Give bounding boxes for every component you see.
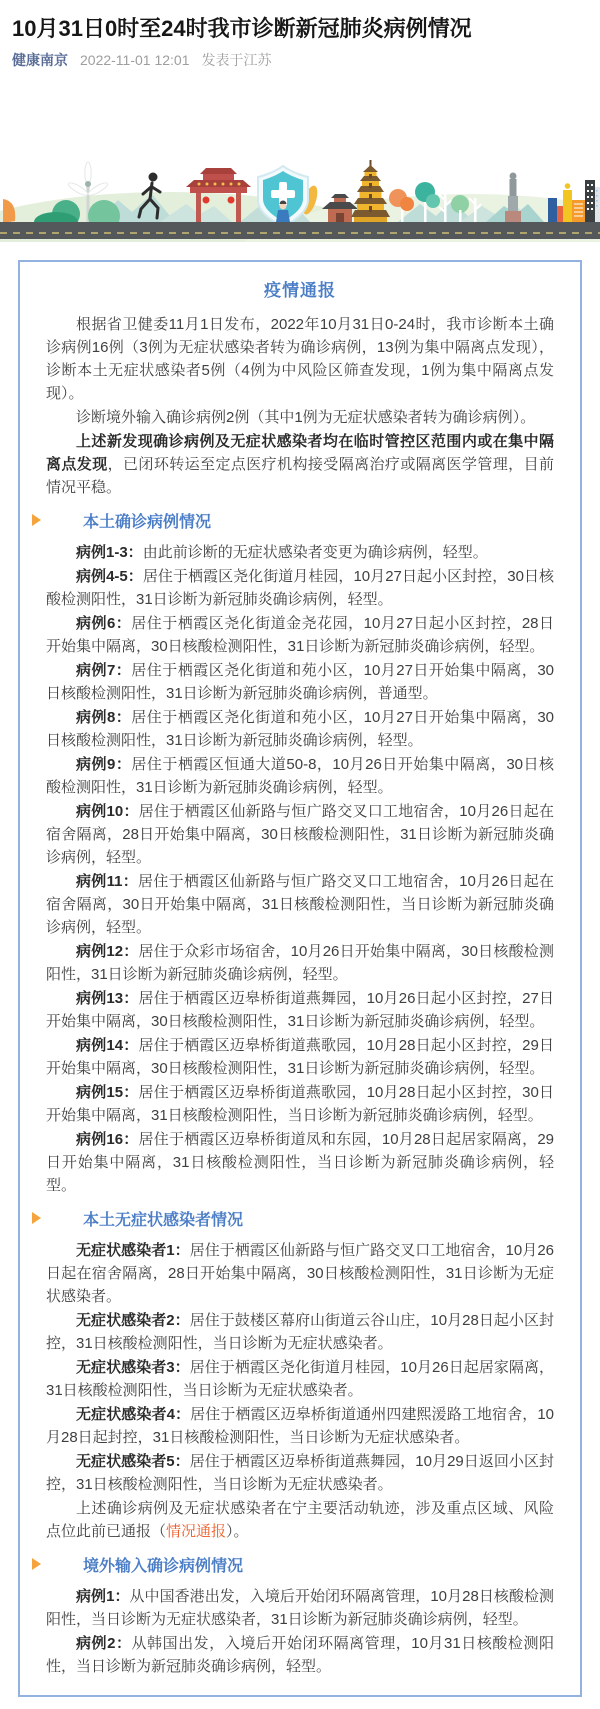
paragraph-text: 由此前诊断的无症状感染者变更为确诊病例，轻型。 [143,544,488,561]
case-label: 病例16： [76,1131,139,1148]
case-paragraph: 病例12：居住于众彩市场宿舍，10月26日开始集中隔离，30日核酸检测阳性，31… [46,940,554,986]
city-buildings [548,180,600,222]
section-header: 境外输入确诊病例情况 [32,1553,554,1576]
article-page: 10月31日0时至24时我市诊断新冠肺炎病例情况 健康南京 2022-11-01… [0,14,600,1697]
case-label: 病例10： [76,803,139,820]
pagoda [351,160,390,222]
intro-paragraph: 根据省卫健委11月1日发布，2022年10月31日0-24时，我市诊断本土确诊病… [46,313,554,405]
paragraph-text: 上述确诊病例及无症状感染者在宁主要活动轨迹，涉及重点区域、风险点位此前已通报（ [46,1500,554,1540]
section-title: 境外输入确诊病例情况 [83,1553,243,1576]
case-paragraph: 病例14：居住于栖霞区迈皋桥街道燕歌园，10月28日起小区封控，29日开始集中隔… [46,1034,554,1080]
case-paragraph: 病例6：居住于栖霞区尧化街道金尧花园，10月27日起小区封控，28日开始集中隔离… [46,612,554,658]
byline: 健康南京 2022-11-01 12:01 发表于江苏 [12,50,588,70]
case-paragraph: 无症状感染者5：居住于栖霞区迈皋桥街道燕舞园，10月29日返回小区封控，31日核… [46,1450,554,1496]
case-paragraph: 病例16：居住于栖霞区迈皋桥街道凤和东园，10月28日起居家隔离，29日开始集中… [46,1128,554,1197]
case-paragraph: 病例1-3：由此前诊断的无症状感染者变更为确诊病例，轻型。 [46,541,554,564]
case-paragraph: 病例11：居住于栖霞区仙新路与恒广路交叉口工地宿舍，10月26日起在宿舍隔离，3… [46,870,554,939]
article-title: 10月31日0时至24时我市诊断新冠肺炎病例情况 [12,14,588,44]
case-label: 病例1-3： [76,544,143,561]
case-label: 病例14： [76,1037,139,1054]
case-label: 病例15： [76,1084,139,1101]
case-label: 无症状感染者1： [76,1242,190,1259]
case-paragraph: 病例15：居住于栖霞区迈皋桥街道燕歌园，10月28日起小区封控，30日开始集中隔… [46,1081,554,1127]
case-paragraph: 病例2：从韩国出发，入境后开始闭环隔离管理，10月31日核酸检测阳性，当日诊断为… [46,1632,554,1678]
triangle-right-icon [32,1212,41,1224]
case-paragraph: 无症状感染者1：居住于栖霞区仙新路与恒广路交叉口工地宿舍，10月26日起在宿舍隔… [46,1239,554,1308]
case-label: 病例7： [76,662,131,679]
bulletin-header: 疫情通报 [46,276,554,301]
case-paragraph: 病例10：居住于栖霞区仙新路与恒广路交叉口工地宿舍，10月26日起在宿舍隔离，2… [46,800,554,869]
paragraph-text: ）。 [226,1523,249,1540]
banner-illustration [0,154,600,242]
road [0,222,600,239]
case-paragraph: 病例4-5：居住于栖霞区尧化街道月桂园，10月27日起小区封控，30日核酸检测阳… [46,565,554,611]
case-label: 病例8： [76,709,131,726]
section-header: 本土确诊病例情况 [32,509,554,532]
account-name-link[interactable]: 健康南京 [12,50,68,70]
bulletin-body: 根据省卫健委11月1日发布，2022年10月31日0-24时，我市诊断本土确诊病… [46,313,554,1678]
publish-time: 2022-11-01 12:01 [80,52,190,68]
case-label: 病例9： [76,756,131,773]
case-label: 无症状感染者2： [76,1312,190,1329]
case-label: 无症状感染者4： [76,1406,190,1423]
section-header: 本土无症状感染者情况 [32,1207,554,1230]
intro-paragraph: 诊断境外输入确诊病例2例（其中1例为无症状感染者转为确诊病例）。 [46,406,554,429]
triangle-right-icon [32,1558,41,1570]
case-paragraph: 无症状感染者4：居住于栖霞区迈皋桥街道通州四建熙湲路工地宿舍，10月28日起封控… [46,1403,554,1449]
case-label: 无症状感染者3： [76,1359,190,1376]
section-title: 本土无症状感染者情况 [83,1207,243,1230]
section-title: 本土确诊病例情况 [83,509,211,532]
paragraph-text: ，已闭环转运至定点医疗机构接受隔离治疗或隔离医学管理，目前情况平稳。 [46,456,554,496]
case-paragraph: 病例8：居住于栖霞区尧化街道和苑小区，10月27日开始集中隔离，30日核酸检测阳… [46,706,554,752]
case-paragraph: 无症状感染者2：居住于鼓楼区幕府山街道云谷山庄，10月28日起小区封控，31日核… [46,1309,554,1355]
triangle-right-icon [32,514,41,526]
case-paragraph: 病例9：居住于栖霞区恒通大道50-8，10月26日开始集中隔离，30日核酸检测阳… [46,753,554,799]
case-label: 病例2： [76,1635,132,1652]
paragraph-text: 根据省卫健委11月1日发布，2022年10月31日0-24时，我市诊断本土确诊病… [46,316,554,402]
case-paragraph: 病例7：居住于栖霞区尧化街道和苑小区，10月27日开始集中隔离，30日核酸检测阳… [46,659,554,705]
case-label: 病例13： [76,990,139,1007]
case-paragraph: 病例1：从中国香港出发，入境后开始闭环隔离管理，10月28日核酸检测阳性，当日诊… [46,1585,554,1631]
case-label: 病例6： [76,615,131,632]
publish-location: 发表于江苏 [202,50,272,70]
case-label: 无症状感染者5： [76,1453,190,1470]
case-label: 病例12： [76,943,139,960]
bulletin-box: 疫情通报 根据省卫健委11月1日发布，2022年10月31日0-24时，我市诊断… [18,260,582,1697]
intro-paragraph: 上述新发现确诊病例及无症状感染者均在临时管控区范围内或在集中隔离点发现，已闭环转… [46,430,554,499]
case-label: 病例4-5： [76,568,143,585]
situation-report-link[interactable]: 情况通报 [166,1523,226,1540]
case-label: 病例11： [76,873,138,890]
case-paragraph: 上述确诊病例及无症状感染者在宁主要活动轨迹，涉及重点区域、风险点位此前已通报（情… [46,1497,554,1543]
case-paragraph: 无症状感染者3：居住于栖霞区尧化街道月桂园，10月26日起居家隔离，31日核酸检… [46,1356,554,1402]
case-label: 病例1： [76,1588,130,1605]
paragraph-text: 诊断境外输入确诊病例2例（其中1例为无症状感染者转为确诊病例）。 [76,409,535,426]
case-paragraph: 病例13：居住于栖霞区迈皋桥街道燕舞园，10月26日起小区封控，27日开始集中隔… [46,987,554,1033]
